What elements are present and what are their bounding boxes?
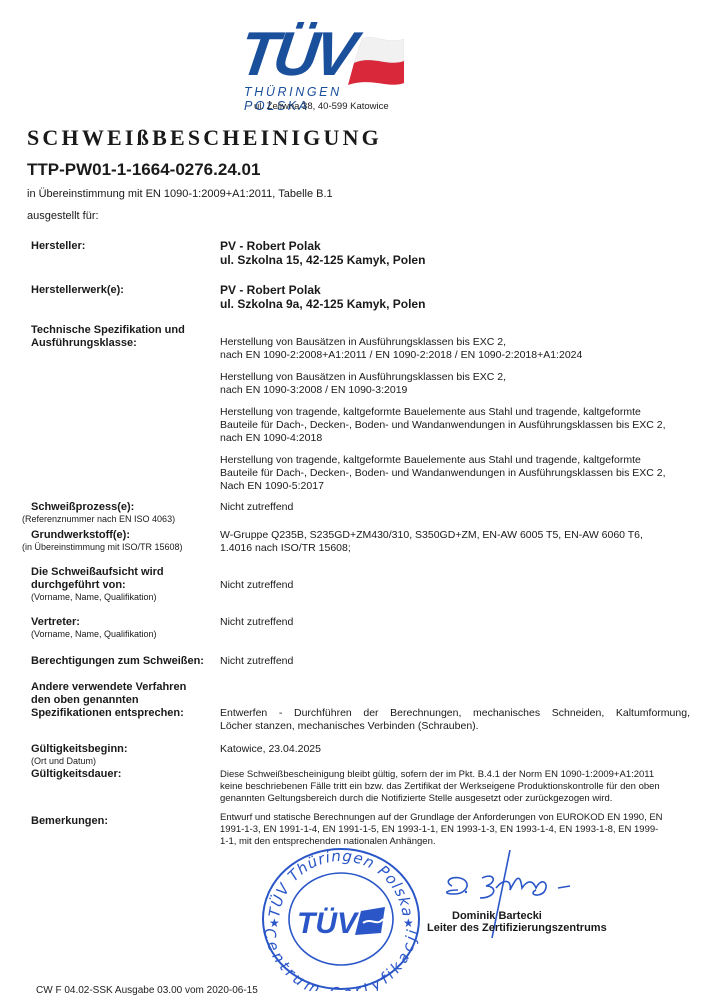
- base-material-note: (in Übereinstimmung mit ISO/TR 15608): [22, 542, 183, 553]
- svg-text:★: ★: [403, 916, 414, 930]
- welding-permissions-label: Berechtigungen zum Schweißen:: [31, 655, 204, 668]
- tech-spec-label-line: Technische Spezifikation und: [31, 324, 185, 337]
- base-material-line: W-Gruppe Q235B, S235GD+ZM430/310, S350GD…: [220, 529, 690, 542]
- representative-note: (Vorname, Name, Qualifikation): [31, 629, 157, 640]
- welding-permissions-value: Nicht zutreffend: [220, 655, 690, 668]
- validity-duration-line: Diese Schweißbescheinigung bleibt gültig…: [220, 769, 690, 781]
- tech-spec-label-line: Ausführungsklasse:: [31, 337, 185, 350]
- validity-duration-value: Diese Schweißbescheinigung bleibt gültig…: [220, 769, 690, 805]
- supervision-label-line: durchgeführt von:: [31, 579, 164, 592]
- base-material-line: 1.4016 nach ISO/TR 15608;: [220, 542, 690, 555]
- plant-name: PV - Robert Polak: [220, 283, 690, 297]
- spec-line: Bauteile für Dach-, Decken-, Boden- und …: [220, 467, 690, 480]
- stamp-seal-icon: TÜV Thüringen Polska Centrum Certyfikacj…: [257, 843, 425, 991]
- other-procedures-line: Entwerfen - Durchführen der Berechnungen…: [220, 707, 690, 720]
- validity-duration-line: genannten Geltungsbereich durch die Noti…: [220, 793, 690, 805]
- tuv-logo: TÜV THÜRINGEN POLSKA ul. Żeliwna 38, 40-…: [240, 25, 400, 125]
- remarks-label: Bemerkungen:: [31, 815, 108, 828]
- plants-label: Herstellerwerk(e):: [31, 284, 124, 297]
- supervision-value: Nicht zutreffend: [220, 579, 690, 592]
- other-procedures-value: Entwerfen - Durchführen der Berechnungen…: [220, 707, 690, 733]
- base-material-label: Grundwerkstoff(e):: [31, 529, 130, 542]
- polish-flag-icon: [348, 33, 404, 85]
- tech-spec-block: Herstellung von Bausätzen in Ausführungs…: [220, 371, 690, 397]
- issued-for-label: ausgestellt für:: [27, 210, 99, 222]
- manufacturer-address: ul. Szkolna 15, 42-125 Kamyk, Polen: [220, 253, 690, 267]
- signatory-name: Dominik Bartecki: [452, 910, 542, 922]
- logo-address: ul. Żeliwna 38, 40-599 Katowice: [254, 101, 389, 112]
- manufacturer-label: Hersteller:: [31, 240, 85, 253]
- validity-start-label-text: Gültigkeitsbeginn:: [31, 743, 128, 756]
- spec-line: nach EN 1090-2:2008+A1:2011 / EN 1090-2:…: [220, 349, 690, 362]
- representative-value: Nicht zutreffend: [220, 616, 690, 629]
- tech-spec-block: Herstellung von tragende, kaltgeformte B…: [220, 406, 690, 445]
- spec-line: Herstellung von Bausätzen in Ausführungs…: [220, 371, 690, 384]
- stamp-wordmark: TÜV: [297, 907, 360, 940]
- signatory-role: Leiter des Zertifizierungszentrums: [427, 922, 607, 934]
- validity-start-note: (Ort und Datum): [31, 756, 128, 767]
- spec-line: nach EN 1090-3:2008 / EN 1090-3:2019: [220, 384, 690, 397]
- other-procedures-label: Andere verwendete Verfahren den oben gen…: [31, 681, 186, 720]
- spec-line: Herstellung von tragende, kaltgeformte B…: [220, 406, 690, 419]
- representative-label-text: Vertreter:: [31, 616, 157, 629]
- certificate-number: TTP-PW01-1-1664-0276.24.01: [27, 160, 260, 180]
- other-procedures-label-line: den oben genannten: [31, 694, 186, 707]
- representative-label: Vertreter: (Vorname, Name, Qualifikation…: [31, 616, 157, 640]
- supervision-note: (Vorname, Name, Qualifikation): [31, 592, 164, 603]
- manufacturer-name: PV - Robert Polak: [220, 239, 690, 253]
- plants-value: PV - Robert Polak ul. Szkolna 9a, 42-125…: [220, 283, 690, 311]
- supervision-label-line: Die Schweißaufsicht wird: [31, 566, 164, 579]
- tech-spec-block: Herstellung von Bausätzen in Ausführungs…: [220, 336, 690, 362]
- validity-start-label: Gültigkeitsbeginn: (Ort und Datum): [31, 743, 128, 767]
- tech-spec-label: Technische Spezifikation und Ausführungs…: [31, 324, 185, 350]
- remarks-line: 1991-1-3, EN 1991-1-4, EN 1991-1-5, EN 1…: [220, 824, 690, 836]
- remarks-line: Entwurf und statische Berechnungen auf d…: [220, 812, 690, 824]
- manufacturer-value: PV - Robert Polak ul. Szkolna 15, 42-125…: [220, 239, 690, 267]
- spec-line: nach EN 1090-4:2018: [220, 432, 690, 445]
- plant-address: ul. Szkolna 9a, 42-125 Kamyk, Polen: [220, 297, 690, 311]
- other-procedures-line: Löcher stanzen, mechanisches Verbinden (…: [220, 720, 690, 733]
- spec-line: Herstellung von Bausätzen in Ausführungs…: [220, 336, 690, 349]
- other-procedures-label-line: Andere verwendete Verfahren: [31, 681, 186, 694]
- tech-spec-value: Herstellung von Bausätzen in Ausführungs…: [220, 336, 690, 502]
- welding-process-value: Nicht zutreffend: [220, 501, 690, 514]
- certification-stamp: TÜV Thüringen Polska Centrum Certyfikacj…: [257, 843, 425, 991]
- validity-start-value: Katowice, 23.04.2025: [220, 743, 690, 756]
- logo-wordmark: TÜV: [236, 25, 356, 85]
- spec-line: Herstellung von tragende, kaltgeformte B…: [220, 454, 690, 467]
- tech-spec-block: Herstellung von tragende, kaltgeformte B…: [220, 454, 690, 493]
- supervision-label: Die Schweißaufsicht wird durchgeführt vo…: [31, 566, 164, 603]
- svg-text:★: ★: [269, 916, 280, 930]
- welding-process-note: (Referenznummer nach EN ISO 4063): [22, 514, 175, 525]
- validity-duration-label: Gültigkeitsdauer:: [31, 768, 121, 781]
- base-material-value: W-Gruppe Q235B, S235GD+ZM430/310, S350GD…: [220, 529, 690, 555]
- spec-line: Bauteile für Dach-, Decken-, Boden- und …: [220, 419, 690, 432]
- form-id: CW F 04.02-SSK Ausgabe 03.00 vom 2020-06…: [36, 985, 258, 996]
- norm-reference: in Übereinstimmung mit EN 1090-1:2009+A1…: [27, 188, 333, 200]
- validity-duration-line: keine beschriebenen Fälle tritt ein bzw.…: [220, 781, 690, 793]
- welding-process-label: Schweißprozess(e):: [31, 501, 134, 514]
- document-title: SCHWEIßBESCHEINIGUNG: [27, 125, 382, 151]
- spec-line: Nach EN 1090-5:2017: [220, 480, 690, 493]
- other-procedures-label-line: Spezifikationen entsprechen:: [31, 707, 186, 720]
